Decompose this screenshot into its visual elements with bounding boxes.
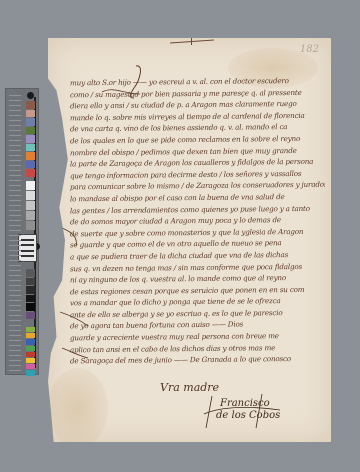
strip-tick (9, 225, 21, 226)
color-swatch (26, 278, 35, 286)
color-swatch (26, 152, 35, 160)
manuscript-line: de Saragoça del mes de junio —— De Grana… (70, 353, 325, 367)
strip-tick (9, 355, 21, 356)
color-swatch (26, 370, 35, 375)
strip-tick (9, 305, 21, 306)
strip-tick (9, 345, 21, 346)
strip-tick (9, 310, 21, 311)
color-calibration-strip (5, 88, 39, 375)
label-bar (21, 255, 34, 257)
color-swatch (26, 339, 35, 344)
strip-tick (9, 175, 21, 176)
strip-tick (9, 350, 21, 351)
strip-tick (9, 280, 21, 281)
document-viewer: 182 muy alto S.or hijo —— yo escreui a v… (0, 0, 360, 472)
strip-tick (9, 205, 21, 206)
strip-tick (9, 125, 21, 126)
strip-tick (9, 255, 21, 256)
strip-tick (9, 115, 21, 116)
strip-tick (9, 200, 21, 201)
strip-tick (9, 285, 21, 286)
color-swatch (26, 169, 35, 177)
strip-tick (9, 220, 21, 221)
strip-tick (9, 370, 21, 371)
strip-tick (9, 315, 21, 316)
strip-tick (9, 290, 21, 291)
strip-tick (9, 275, 21, 276)
paper-stain (48, 368, 108, 448)
color-swatch (26, 346, 35, 351)
label-bar (21, 244, 34, 246)
barcode-label (18, 234, 37, 262)
cross-mark-line (170, 39, 214, 43)
strip-tick (9, 245, 21, 246)
color-swatch (26, 269, 35, 277)
strip-tick (9, 155, 21, 156)
strip-tick (9, 235, 21, 236)
strip-tick (9, 230, 21, 231)
strip-tick (9, 215, 21, 216)
color-swatch (26, 110, 35, 118)
strip-tick (9, 135, 21, 136)
registration-dot-top (27, 92, 34, 99)
strip-tick (9, 325, 21, 326)
color-swatch (26, 101, 35, 109)
strip-tick (9, 130, 21, 131)
strip-tick (9, 95, 21, 96)
color-swatch (26, 181, 35, 190)
strip-tick (9, 160, 21, 161)
strip-tick (9, 105, 21, 106)
color-swatch (26, 312, 35, 320)
strip-tick (9, 360, 21, 361)
color-swatch (26, 118, 35, 126)
color-swatch (26, 358, 35, 363)
color-swatch (26, 211, 35, 220)
margin-flourish-icon (58, 224, 98, 364)
strip-tick (9, 365, 21, 366)
color-swatch (26, 286, 35, 294)
strip-tick (9, 170, 21, 171)
strip-tick (9, 145, 21, 146)
signature: Francisco de los Cobos (208, 398, 280, 422)
color-swatch (26, 201, 35, 210)
strip-tick (9, 150, 21, 151)
strip-tick (9, 190, 21, 191)
manuscript-page: 182 muy alto S.or hijo —— yo escreui a v… (48, 38, 331, 442)
strip-tick (9, 165, 21, 166)
label-bar (21, 250, 34, 252)
color-swatch (26, 127, 35, 135)
strip-tick (9, 240, 21, 241)
strip-tick (9, 120, 21, 121)
color-swatch (26, 327, 35, 332)
strip-tick (9, 270, 21, 271)
folio-number: 182 (300, 44, 319, 55)
strip-tick (9, 185, 21, 186)
strip-tick (9, 100, 21, 101)
color-swatch (26, 303, 35, 311)
color-swatch (26, 135, 35, 143)
strip-tick (9, 335, 21, 336)
strip-tick (9, 140, 21, 141)
strip-tick (9, 295, 21, 296)
color-swatch (26, 295, 35, 303)
strip-tick (9, 260, 21, 261)
strip-tick (9, 195, 21, 196)
color-swatch (26, 221, 35, 230)
color-swatch (26, 364, 35, 369)
color-swatch (26, 144, 35, 152)
color-swatch (26, 191, 35, 200)
strip-tick (9, 340, 21, 341)
color-swatch (26, 161, 35, 169)
strip-tick (9, 180, 21, 181)
strip-tick (9, 330, 21, 331)
letter-body: muy alto S.or hijo —— yo escreui a v. al… (70, 76, 325, 366)
color-swatch (26, 333, 35, 338)
signature-flourish-icon (202, 392, 282, 432)
strip-tick (9, 110, 21, 111)
strip-tick (9, 300, 21, 301)
label-bar (21, 239, 34, 241)
color-swatch (26, 352, 35, 357)
strip-tick (9, 320, 21, 321)
strip-tick (9, 250, 21, 251)
strip-tick (9, 265, 21, 266)
strip-tick (9, 210, 21, 211)
